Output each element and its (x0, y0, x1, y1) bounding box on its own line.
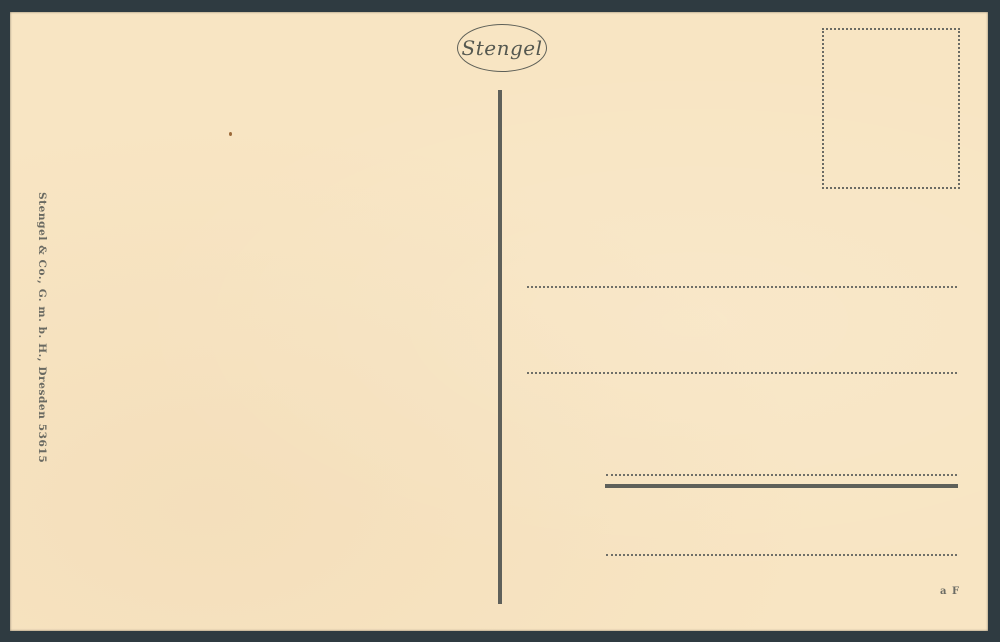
address-line-2 (527, 372, 957, 374)
publisher-logo: Stengel (457, 24, 547, 72)
publisher-imprint: Stengel & Co., G. m. b. H., Dresden 5361… (36, 192, 48, 463)
address-line-1 (527, 286, 957, 288)
corner-mark: a F (940, 586, 960, 597)
address-line-underline (605, 484, 958, 488)
message-address-divider (498, 90, 502, 604)
stamp-box (822, 28, 960, 189)
address-line-4 (606, 554, 957, 556)
postcard-back: Stengel Stengel & Co., G. m. b. H., Dres… (10, 12, 988, 631)
publisher-logo-text: Stengel (462, 36, 543, 60)
paper-speck (229, 132, 232, 136)
address-line-3 (606, 474, 957, 476)
